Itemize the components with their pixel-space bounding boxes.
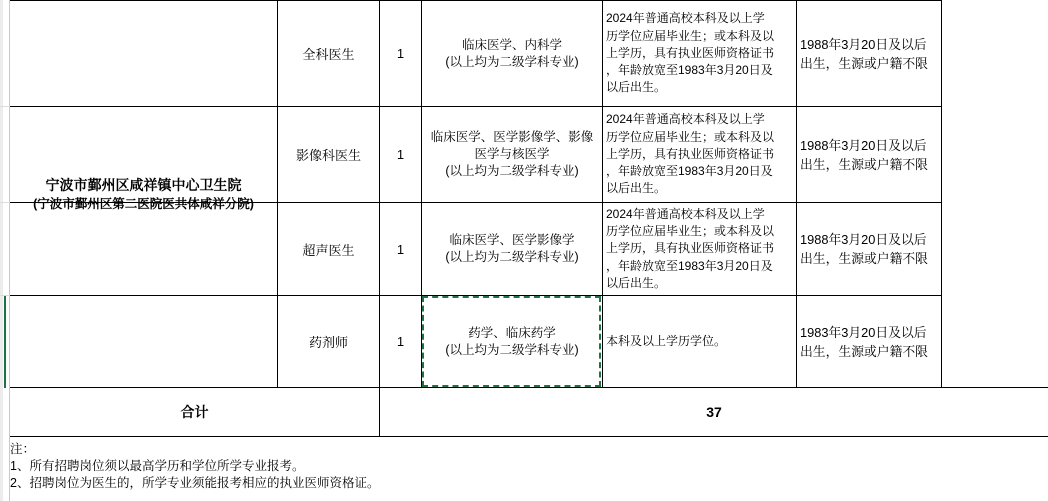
count-cell[interactable]: 1	[380, 296, 421, 387]
position-cell[interactable]: 超声医生	[278, 203, 379, 295]
sheet-gridline-stub	[0, 202, 10, 203]
table-border-bottom	[10, 436, 1048, 437]
education-cell[interactable]: 2024年普通高校本科及以上学 历学位应届毕业生；或本科及以 上学历，具有执业医…	[603, 107, 796, 202]
major-cell[interactable]: 临床医学、内科学 (以上均为二级学科专业)	[422, 1, 602, 106]
age-cell[interactable]: 1983年3月20日及以后 出生，生源或户籍不限	[797, 296, 941, 387]
note-line: 2、招聘岗位为医生的，所学专业须能报考相应的执业医师资格证。	[10, 475, 1040, 492]
total-value-cell[interactable]: 37	[380, 388, 1048, 436]
age-cell[interactable]: 1988年3月20日及以后 出生，生源或户籍不限	[797, 1, 941, 106]
notes-area[interactable]: 注： 1、所有招聘岗位须以最高学历和学位所学专业报考。 2、招聘岗位为医生的，所…	[10, 441, 1040, 491]
spreadsheet-table-view: 宁波市鄞州区咸祥镇中心卫生院 (宁波市鄞州区第二医院医共体咸祥分院) 全科医生 …	[0, 0, 1048, 501]
count-cell[interactable]: 1	[380, 203, 421, 295]
organization-cell[interactable]: 宁波市鄞州区咸祥镇中心卫生院 (宁波市鄞州区第二医院医共体咸祥分院)	[10, 1, 277, 387]
left-gutter-band	[0, 0, 3, 501]
organization-name: 宁波市鄞州区咸祥镇中心卫生院	[33, 176, 254, 195]
empty-cell[interactable]	[942, 1, 1048, 387]
age-cell[interactable]: 1988年3月20日及以后 出生，生源或户籍不限	[797, 203, 941, 295]
sheet-gridline-stub	[0, 106, 10, 107]
age-cell[interactable]: 1988年3月20日及以后 出生，生源或户籍不限	[797, 107, 941, 202]
note-line: 1、所有招聘岗位须以最高学历和学位所学专业报考。	[10, 458, 1040, 475]
copy-selection-marquee[interactable]	[422, 296, 601, 387]
major-cell[interactable]: 临床医学、医学影像学 (以上均为二级学科专业)	[422, 203, 602, 295]
selection-edge-indicator	[4, 296, 6, 388]
education-cell[interactable]: 本科及以上学历学位。	[603, 296, 796, 387]
education-cell[interactable]: 2024年普通高校本科及以上学 历学位应届毕业生；或本科及以 上学历，具有执业医…	[603, 1, 796, 106]
count-cell[interactable]: 1	[380, 107, 421, 202]
organization-branch: (宁波市鄞州区第二医院医共体咸祥分院)	[33, 195, 254, 213]
position-cell[interactable]: 全科医生	[278, 1, 379, 106]
total-label-cell[interactable]: 合计	[10, 388, 379, 436]
major-cell[interactable]: 临床医学、医学影像学、影像 医学与核医学 (以上均为二级学科专业)	[422, 107, 602, 202]
note-heading: 注：	[10, 441, 1040, 458]
position-cell[interactable]: 药剂师	[278, 296, 379, 387]
count-cell[interactable]: 1	[380, 1, 421, 106]
education-cell[interactable]: 2024年普通高校本科及以上学 历学位应届毕业生；或本科及以 上学历，具有执业医…	[603, 203, 796, 295]
position-cell[interactable]: 影像科医生	[278, 107, 379, 202]
